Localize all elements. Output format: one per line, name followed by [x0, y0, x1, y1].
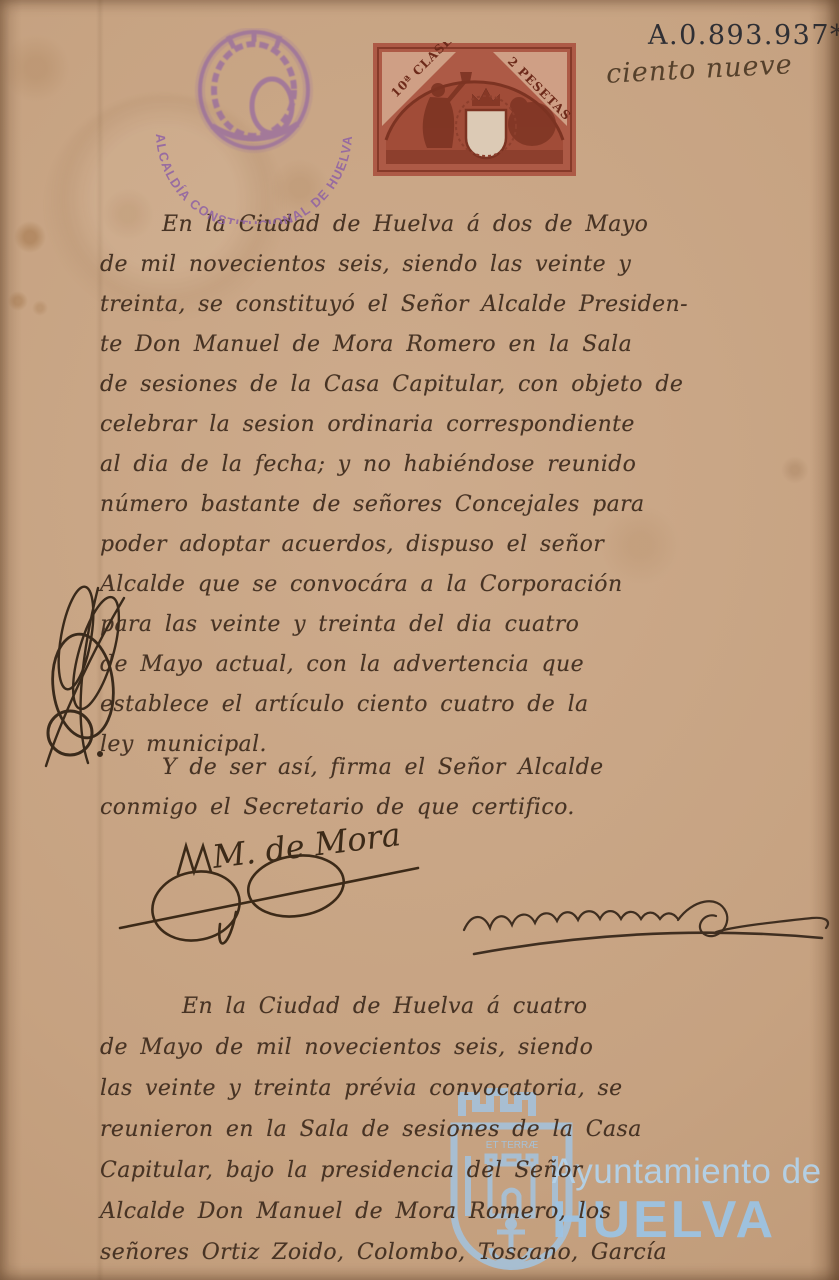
manuscript-line: En la Ciudad de Huelva á cuatro: [100, 986, 832, 1027]
secretario-signature: [450, 884, 838, 972]
margin-rubric: [28, 578, 143, 773]
manuscript-paragraph-1: En la Ciudad de Huelva á dos de Mayode m…: [100, 205, 832, 765]
manuscript-line: de sesiones de la Casa Capitular, con ob…: [100, 365, 832, 405]
manuscript-line: treinta, se constituyó el Señor Alcalde …: [100, 285, 832, 325]
municipal-seal-stamp: ALCALDÍA CONSTITUCIONAL DE HUELVA: [142, 28, 366, 224]
manuscript-page: ET TERRÆ Ayuntamiento de HUELVA A.0.893.…: [0, 0, 839, 1280]
manuscript-line: Alcalde que se convocára a la Corporació…: [100, 565, 832, 605]
manuscript-line: establece el artículo ciento cuatro de l…: [100, 685, 832, 725]
folio-number: ciento nueve: [605, 49, 793, 90]
serial-number: A.0.893.937*: [648, 20, 839, 51]
manuscript-line: poder adoptar acuerdos, dispuso el señor: [100, 525, 832, 565]
manuscript-line: Capitular, bajo la presidencia del Señor: [100, 1150, 832, 1191]
manuscript-line: señores Ortiz Zoido, Colombo, Toscano, G…: [100, 1232, 832, 1273]
revenue-stamp: . 10ª CLASE 2 PESETAS: [372, 42, 577, 177]
manuscript-line: número bastante de señores Concejales pa…: [100, 485, 832, 525]
manuscript-line: para las veinte y treinta del dia cuatro: [100, 605, 832, 645]
manuscript-line: de mil novecientos seis, siendo las vein…: [100, 245, 832, 285]
manuscript-line: Y de ser así, firma el Señor Alcalde: [100, 748, 832, 788]
manuscript-line: reunieron en la Sala de sesiones de la C…: [100, 1109, 832, 1150]
manuscript-line: las veinte y treinta prévia convocatoria…: [100, 1068, 832, 1109]
alcalde-signature: M. de Mora: [118, 816, 423, 958]
manuscript-line: Alcalde Don Manuel de Mora Romero, los: [100, 1191, 832, 1232]
manuscript-paragraph-3: En la Ciudad de Huelva á cuatrode Mayo d…: [100, 986, 832, 1273]
manuscript-line: al dia de la fecha; y no habiéndose reun…: [100, 445, 832, 485]
manuscript-line: celebrar la sesion ordinaria correspondi…: [100, 405, 832, 445]
manuscript-line: de Mayo actual, con la advertencia que: [100, 645, 832, 685]
manuscript-line: te Don Manuel de Mora Romero en la Sala: [100, 325, 832, 365]
manuscript-line: de Mayo de mil novecientos seis, siendo: [100, 1027, 832, 1068]
alcalde-signature-text: M. de Mora: [209, 816, 402, 876]
